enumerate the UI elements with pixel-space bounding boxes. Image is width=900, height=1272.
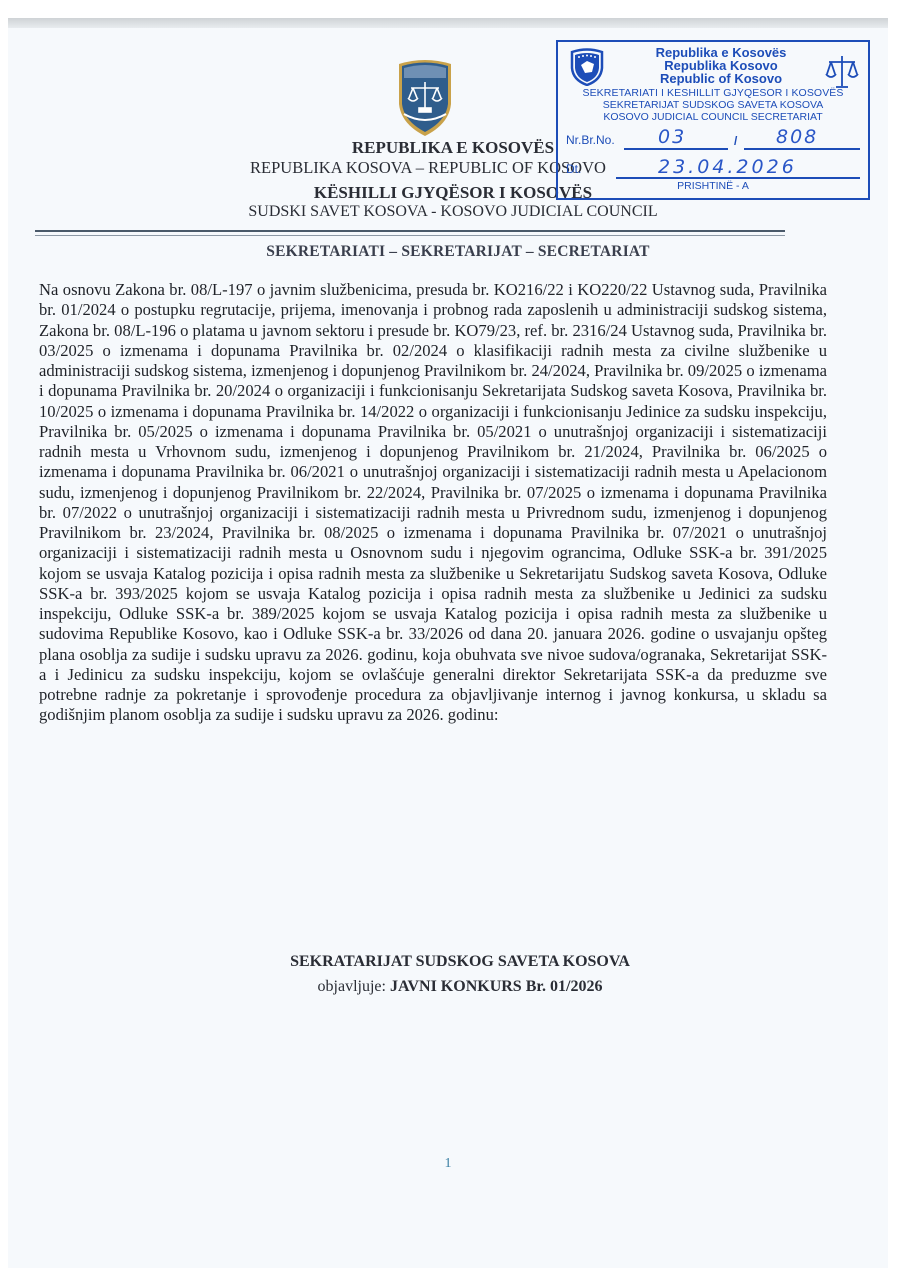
- scan-edge-shade: [8, 18, 888, 28]
- announcement-prefix: objavljuje:: [318, 978, 390, 995]
- document-page: REPUBLIKA E KOSOVËS REPUBLIKA KOSOVA – R…: [8, 18, 888, 1268]
- stamp-org-serbian: SEKRETARIJAT SUDSKOG SAVETA KOSOVA: [558, 99, 868, 111]
- announcement-line: objavljuje: JAVNI KONKURS Br. 01/2026: [20, 978, 900, 996]
- stamp-title-english: Republic of Kosovo: [566, 71, 876, 86]
- legal-basis-paragraph: Na osnovu Zakona br. 08/L-197 o javnim s…: [39, 280, 827, 726]
- section-title: SEKRETARIATI – SEKRETARIJAT – SECRETARIA…: [18, 243, 898, 261]
- stamp-date-label: Dt.: [566, 162, 581, 176]
- stamp-number-line-2: [744, 148, 860, 150]
- stamp-date-value: 23.04.2026: [658, 156, 797, 178]
- stamp-number-line-1: [624, 148, 728, 150]
- stamp-org-english: KOSOVO JUDICIAL COUNCIL SECRETARIAT: [558, 111, 868, 123]
- announcement-issuer: SEKRATARIJAT SUDSKOG SAVETA KOSOVA: [20, 953, 900, 971]
- page-number: 1: [8, 1156, 888, 1172]
- header-council-serbian-english: SUDSKI SAVET KOSOVA - KOSOVO JUDICIAL CO…: [13, 203, 893, 221]
- stamp-number-label: Nr.Br.No.: [566, 133, 615, 147]
- stamp-number-part1: 03: [658, 126, 686, 148]
- registry-stamp: Republika e Kosovës Republika Kosovo Rep…: [556, 40, 870, 200]
- stamp-org-albanian: SEKRETARIATI I KESHILLIT GJYQESOR I KOSO…: [558, 87, 868, 99]
- stamp-number-slash: /: [734, 134, 737, 148]
- judicial-council-shield-scales-icon: [395, 58, 455, 138]
- announcement-title: JAVNI KONKURS Br. 01/2026: [390, 978, 602, 995]
- stamp-number-part2: 808: [776, 126, 818, 148]
- stamp-place: PRISHTINË - A: [558, 180, 868, 192]
- header-divider: [35, 230, 785, 236]
